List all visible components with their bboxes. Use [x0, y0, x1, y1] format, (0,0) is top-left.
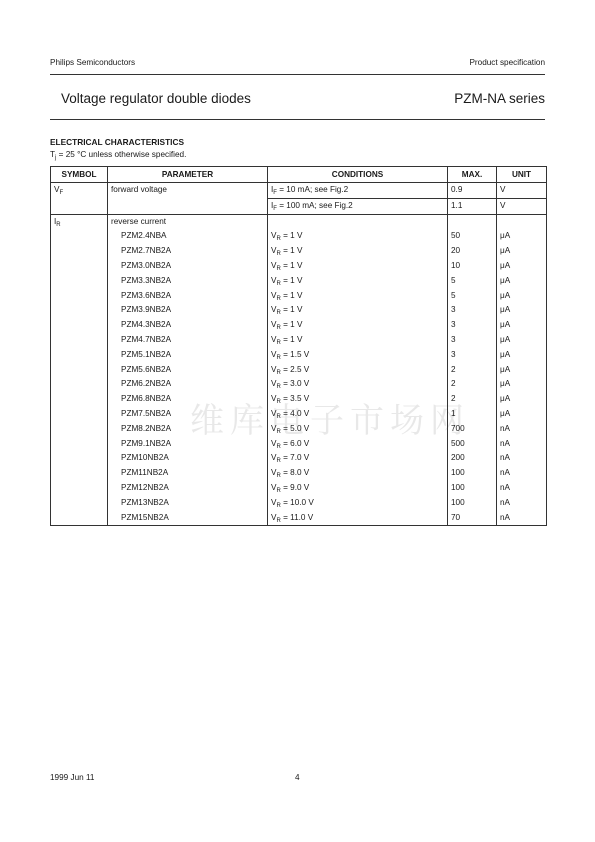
max-cell: 3 — [448, 333, 497, 348]
table-row: PZM15NB2A VR = 11.0 V 70 nA — [51, 511, 547, 526]
section-note: Tj = 25 °C unless otherwise specified. — [50, 150, 186, 159]
max-cell: 3 — [448, 318, 497, 333]
max-cell: 20 — [448, 244, 497, 259]
max-cell: 5 — [448, 289, 497, 304]
header-symbol: SYMBOL — [51, 167, 108, 183]
table-row: PZM6.8NB2A VR = 3.5 V 2 μA — [51, 392, 547, 407]
symbol-cell: VF — [51, 183, 108, 199]
document-type: Product specification — [469, 58, 545, 67]
page-number: 4 — [295, 773, 300, 782]
type-number-cell: PZM11NB2A — [108, 466, 268, 481]
title-divider — [50, 119, 545, 120]
parameter-cell: reverse current — [108, 214, 268, 229]
unit-cell: μA — [497, 259, 547, 274]
table-row: VF forward voltage IF = 10 mA; see Fig.2… — [51, 183, 547, 199]
type-number-cell: PZM3.3NB2A — [108, 274, 268, 289]
table-row: PZM9.1NB2A VR = 6.0 V 500 nA — [51, 437, 547, 452]
product-series: PZM-NA series — [454, 91, 545, 106]
conditions-cell: VR = 1 V — [268, 303, 448, 318]
max-cell: 700 — [448, 422, 497, 437]
conditions-cell: VR = 2.5 V — [268, 363, 448, 378]
type-number-cell: PZM5.1NB2A — [108, 348, 268, 363]
unit-cell: nA — [497, 481, 547, 496]
unit-cell: μA — [497, 318, 547, 333]
type-number-cell: PZM10NB2A — [108, 451, 268, 466]
table-row: PZM2.4NBA VR = 1 V 50 μA — [51, 229, 547, 244]
table-row: PZM10NB2A VR = 7.0 V 200 nA — [51, 451, 547, 466]
footer-date: 1999 Jun 11 — [50, 773, 94, 782]
unit-cell: μA — [497, 363, 547, 378]
unit-cell: μA — [497, 303, 547, 318]
table-row: PZM3.3NB2A VR = 1 V 5 μA — [51, 274, 547, 289]
unit-cell: μA — [497, 392, 547, 407]
type-number-cell: PZM3.6NB2A — [108, 289, 268, 304]
max-cell: 5 — [448, 274, 497, 289]
conditions-cell: VR = 3.0 V — [268, 377, 448, 392]
conditions-cell: VR = 1 V — [268, 333, 448, 348]
type-number-cell: PZM8.2NB2A — [108, 422, 268, 437]
type-number-cell: PZM9.1NB2A — [108, 437, 268, 452]
table-row: PZM5.1NB2A VR = 1.5 V 3 μA — [51, 348, 547, 363]
conditions-cell: VR = 1 V — [268, 259, 448, 274]
unit-cell: V — [497, 183, 547, 199]
type-number-cell: PZM3.9NB2A — [108, 303, 268, 318]
parameter-cell — [108, 198, 268, 214]
type-number-cell: PZM12NB2A — [108, 481, 268, 496]
table-row: IF = 100 mA; see Fig.2 1.1 V — [51, 198, 547, 214]
section-title: ELECTRICAL CHARACTERISTICS — [50, 137, 184, 147]
table-row: PZM3.6NB2A VR = 1 V 5 μA — [51, 289, 547, 304]
type-number-cell: PZM15NB2A — [108, 511, 268, 526]
unit-cell: nA — [497, 437, 547, 452]
company-name: Philips Semiconductors — [50, 58, 135, 67]
conditions-cell: VR = 8.0 V — [268, 466, 448, 481]
table-row: PZM2.7NB2A VR = 1 V 20 μA — [51, 244, 547, 259]
type-number-cell: PZM5.6NB2A — [108, 363, 268, 378]
type-number-cell: PZM3.0NB2A — [108, 259, 268, 274]
conditions-cell: VR = 3.5 V — [268, 392, 448, 407]
unit-cell: μA — [497, 289, 547, 304]
table-row: PZM7.5NB2A VR = 4.0 V 1 μA — [51, 407, 547, 422]
unit-cell: μA — [497, 229, 547, 244]
type-number-cell: PZM4.3NB2A — [108, 318, 268, 333]
conditions-cell: VR = 11.0 V — [268, 511, 448, 526]
unit-cell: nA — [497, 496, 547, 511]
max-cell: 0.9 — [448, 183, 497, 199]
conditions-cell: VR = 10.0 V — [268, 496, 448, 511]
table-row: PZM3.0NB2A VR = 1 V 10 μA — [51, 259, 547, 274]
table-row: PZM12NB2A VR = 9.0 V 100 nA — [51, 481, 547, 496]
conditions-cell: VR = 1 V — [268, 274, 448, 289]
header-max: MAX. — [448, 167, 497, 183]
max-cell: 3 — [448, 348, 497, 363]
table-row: PZM8.2NB2A VR = 5.0 V 700 nA — [51, 422, 547, 437]
document-title: Voltage regulator double diodes — [61, 91, 251, 106]
max-cell: 200 — [448, 451, 497, 466]
type-number-cell: PZM13NB2A — [108, 496, 268, 511]
unit-cell: μA — [497, 348, 547, 363]
conditions-cell: VR = 5.0 V — [268, 422, 448, 437]
table-row: PZM5.6NB2A VR = 2.5 V 2 μA — [51, 363, 547, 378]
header-conditions: CONDITIONS — [268, 167, 448, 183]
symbol-cell: IR — [51, 214, 108, 229]
conditions-cell: VR = 6.0 V — [268, 437, 448, 452]
max-cell: 70 — [448, 511, 497, 526]
unit-cell: nA — [497, 422, 547, 437]
type-number-cell: PZM7.5NB2A — [108, 407, 268, 422]
type-number-cell: PZM4.7NB2A — [108, 333, 268, 348]
header-divider — [50, 74, 545, 75]
max-cell: 50 — [448, 229, 497, 244]
conditions-cell: VR = 1 V — [268, 318, 448, 333]
max-cell: 3 — [448, 303, 497, 318]
table-row: PZM3.9NB2A VR = 1 V 3 μA — [51, 303, 547, 318]
table-row: PZM4.7NB2A VR = 1 V 3 μA — [51, 333, 547, 348]
type-number-cell: PZM2.7NB2A — [108, 244, 268, 259]
conditions-cell: VR = 7.0 V — [268, 451, 448, 466]
max-cell: 1 — [448, 407, 497, 422]
conditions-cell: IF = 100 mA; see Fig.2 — [268, 198, 448, 214]
max-cell: 100 — [448, 481, 497, 496]
max-cell: 1.1 — [448, 198, 497, 214]
max-cell: 500 — [448, 437, 497, 452]
unit-cell: nA — [497, 466, 547, 481]
conditions-cell: VR = 9.0 V — [268, 481, 448, 496]
conditions-cell: VR = 1 V — [268, 289, 448, 304]
table-row: IR reverse current — [51, 214, 547, 229]
table-header-row: SYMBOL PARAMETER CONDITIONS MAX. UNIT — [51, 167, 547, 183]
table-row: PZM13NB2A VR = 10.0 V 100 nA — [51, 496, 547, 511]
unit-cell: nA — [497, 451, 547, 466]
table-row: PZM6.2NB2A VR = 3.0 V 2 μA — [51, 377, 547, 392]
header-unit: UNIT — [497, 167, 547, 183]
table-row: PZM11NB2A VR = 8.0 V 100 nA — [51, 466, 547, 481]
max-cell: 100 — [448, 466, 497, 481]
max-cell: 10 — [448, 259, 497, 274]
conditions-cell: VR = 1.5 V — [268, 348, 448, 363]
table-row: PZM4.3NB2A VR = 1 V 3 μA — [51, 318, 547, 333]
unit-cell: μA — [497, 244, 547, 259]
type-number-cell: PZM6.2NB2A — [108, 377, 268, 392]
unit-cell: μA — [497, 407, 547, 422]
conditions-cell: VR = 1 V — [268, 244, 448, 259]
type-number-cell: PZM2.4NBA — [108, 229, 268, 244]
max-cell: 2 — [448, 392, 497, 407]
electrical-characteristics-table: SYMBOL PARAMETER CONDITIONS MAX. UNIT VF… — [50, 166, 547, 526]
max-cell: 100 — [448, 496, 497, 511]
unit-cell: μA — [497, 377, 547, 392]
unit-cell: μA — [497, 274, 547, 289]
conditions-cell: VR = 1 V — [268, 229, 448, 244]
symbol-cell — [51, 198, 108, 214]
max-cell: 2 — [448, 363, 497, 378]
parameter-cell: forward voltage — [108, 183, 268, 199]
header-parameter: PARAMETER — [108, 167, 268, 183]
max-cell: 2 — [448, 377, 497, 392]
unit-cell: nA — [497, 511, 547, 526]
unit-cell: V — [497, 198, 547, 214]
type-number-cell: PZM6.8NB2A — [108, 392, 268, 407]
unit-cell: μA — [497, 333, 547, 348]
conditions-cell: VR = 4.0 V — [268, 407, 448, 422]
conditions-cell: IF = 10 mA; see Fig.2 — [268, 183, 448, 199]
